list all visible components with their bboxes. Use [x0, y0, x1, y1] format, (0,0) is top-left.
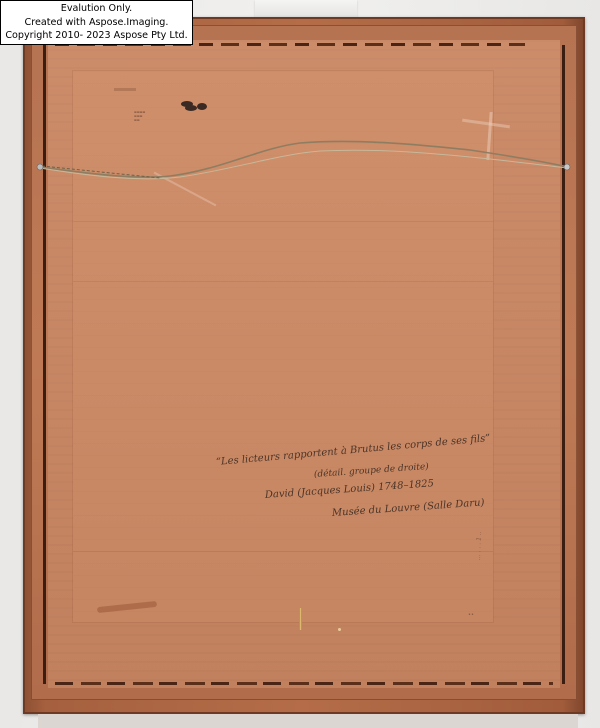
watermark-line-1: Evalution Only.: [1, 2, 192, 16]
watermark-line-3: Copyright 2010- 2023 Aspose Pty Ltd.: [1, 29, 192, 43]
watermark-line-2: Created with Aspose.Imaging.: [1, 16, 192, 30]
frame-gap-right: [562, 45, 565, 684]
frame-gap-left: [43, 45, 46, 684]
tack-head: [338, 628, 341, 631]
pencil-vertical-note: … . . . 1 ..: [475, 531, 483, 560]
label-stamp: ▬▬▬▬▬▬▬▬▬: [134, 110, 160, 122]
floor-surface: [38, 714, 578, 728]
backing-panel: [73, 71, 493, 622]
frame-gap-bottom: [55, 682, 553, 685]
watermark-box: Evalution Only. Created with Aspose.Imag…: [0, 0, 193, 45]
ink-stamp: [181, 101, 209, 112]
panel-seam: [73, 221, 493, 222]
nail: [299, 608, 302, 630]
panel-seam: [73, 281, 493, 282]
panel-seam: [73, 551, 493, 552]
pencil-mark: ••: [468, 612, 474, 618]
pencil-marking: [114, 88, 136, 91]
photo-scene: ▬▬▬▬▬▬▬▬▬ “Les licteurs rapportent à Bru…: [0, 0, 600, 728]
